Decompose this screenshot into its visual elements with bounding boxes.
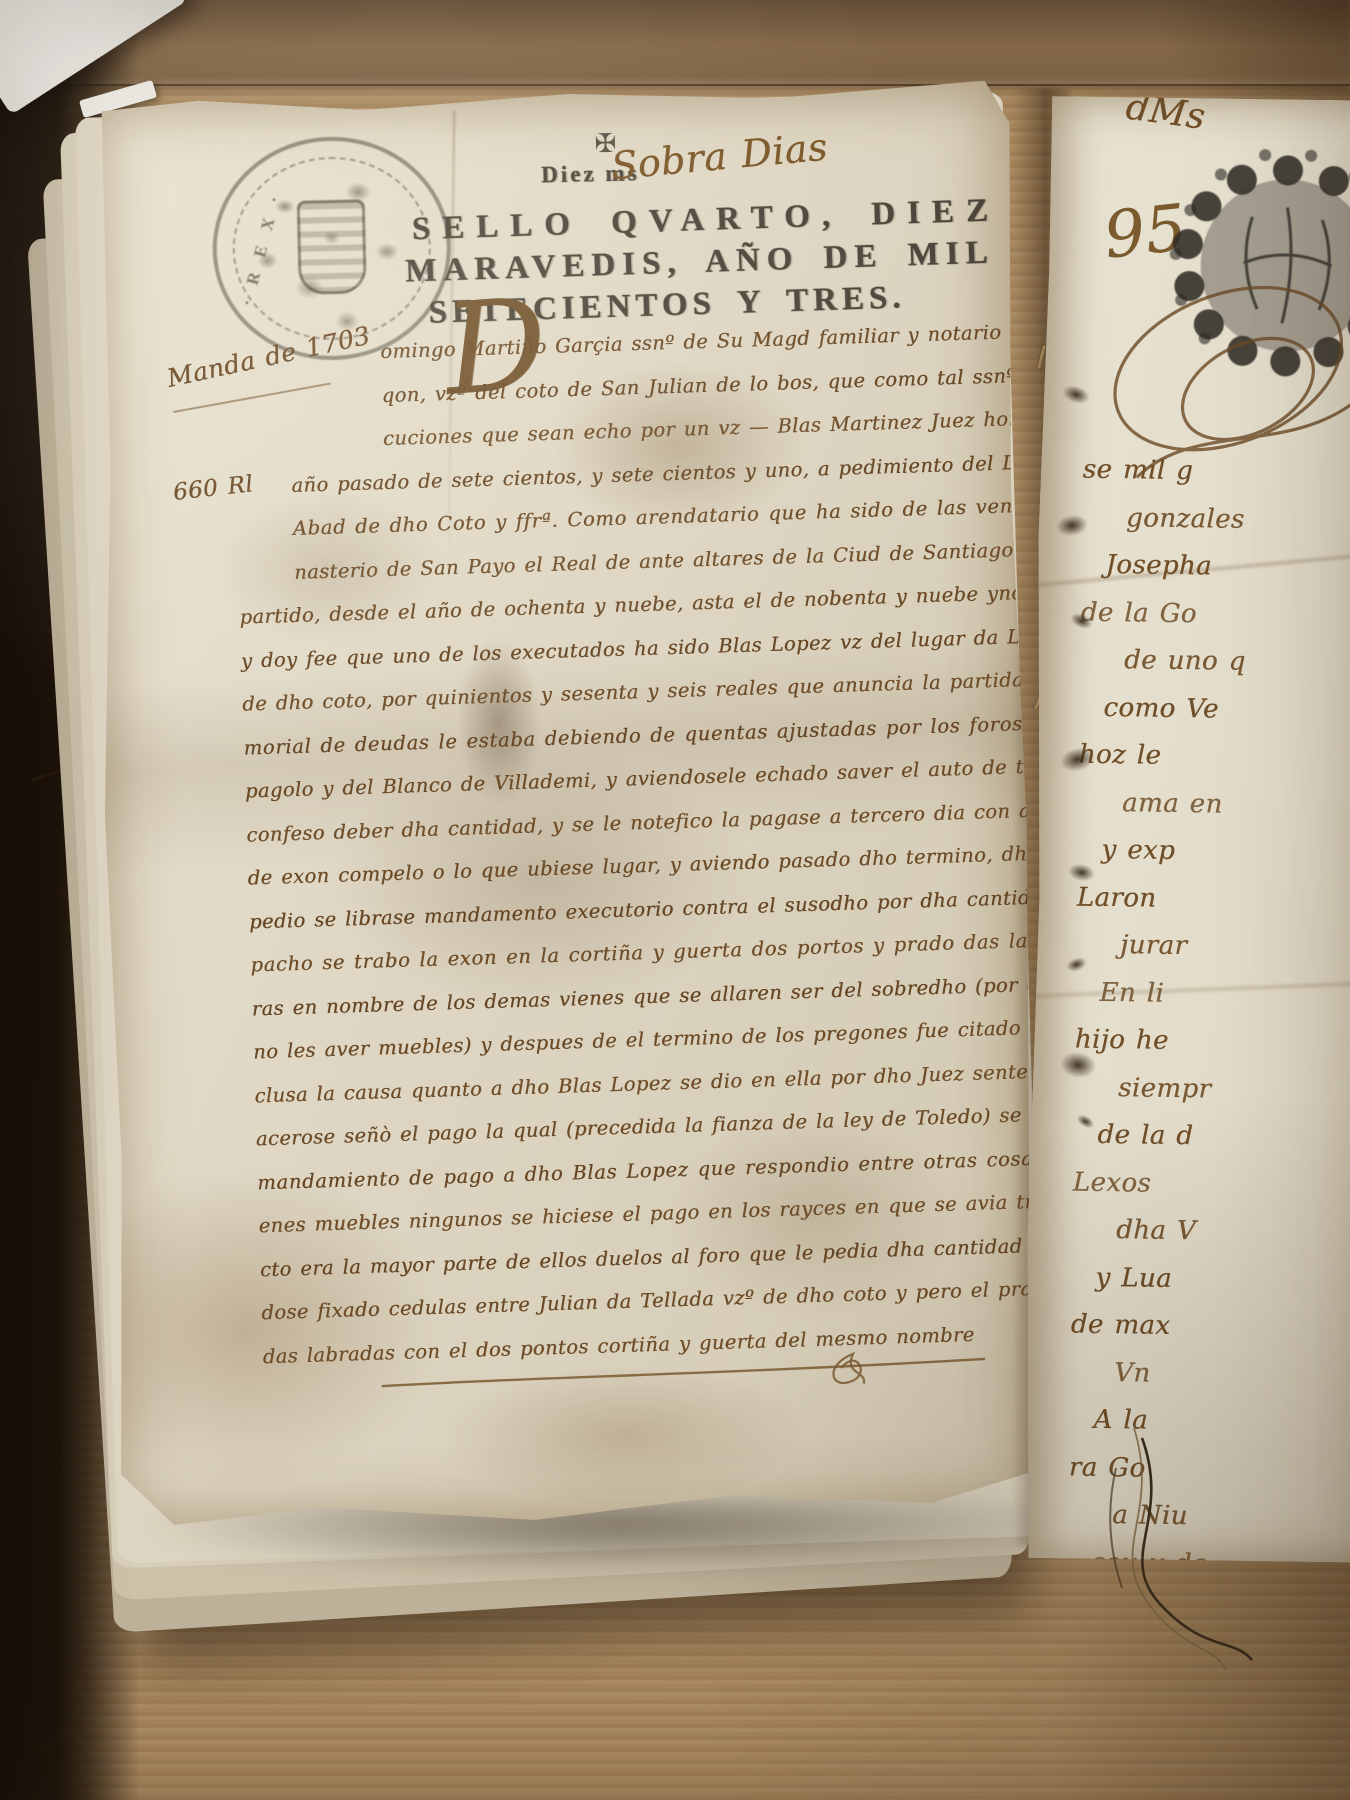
stamp-coat-of-arms	[297, 199, 367, 294]
partial-handwritten-line: de uno q	[1124, 637, 1246, 686]
partial-handwritten-line: hijo he	[1074, 1017, 1240, 1067]
partial-handwritten-line: ama en	[1122, 780, 1244, 829]
partial-handwritten-line: Vn	[1114, 1350, 1236, 1399]
manuscript-left-page: · R E X · ✠ Diez ms Sobra Dias SELLO QVA…	[87, 80, 1043, 1532]
partial-handwritten-line: gonzales	[1126, 495, 1248, 544]
partial-handwritten-line: de la d	[1097, 1112, 1239, 1161]
partial-handwritten-line: Laron	[1076, 874, 1242, 924]
partial-handwritten-line: dha V	[1116, 1207, 1238, 1256]
partial-handwritten-line: Lexos	[1072, 1159, 1238, 1209]
partial-handwritten-line: de max	[1071, 1302, 1237, 1352]
partial-handwritten-line: y Lua	[1095, 1254, 1237, 1303]
partial-handwritten-line: se mil g	[1082, 447, 1248, 497]
partial-handwritten-line: Josepha	[1105, 542, 1247, 591]
handwritten-tax-overlay: Sobra Dias	[609, 125, 829, 189]
manuscript-right-page: dMs 95 16	[1022, 96, 1350, 1563]
partial-handwritten-line: jurar	[1120, 922, 1242, 971]
partial-handwritten-line: siempr	[1118, 1065, 1240, 1114]
photo-of-manuscript: · R E X · ✠ Diez ms Sobra Dias SELLO QVA…	[0, 0, 1350, 1800]
partial-handwritten-line: como Ve	[1103, 684, 1245, 733]
partial-handwritten-line: hoz le	[1078, 732, 1244, 782]
partial-handwritten-line: y exp	[1101, 827, 1243, 876]
partial-handwritten-line: En li	[1099, 969, 1241, 1018]
loose-binding-thread	[1076, 1408, 1350, 1688]
handwritten-body-text: omingo Martiño Garçia ssnº de Su Magd fa…	[195, 310, 1039, 1379]
partial-handwritten-line: de la Go	[1080, 589, 1246, 639]
